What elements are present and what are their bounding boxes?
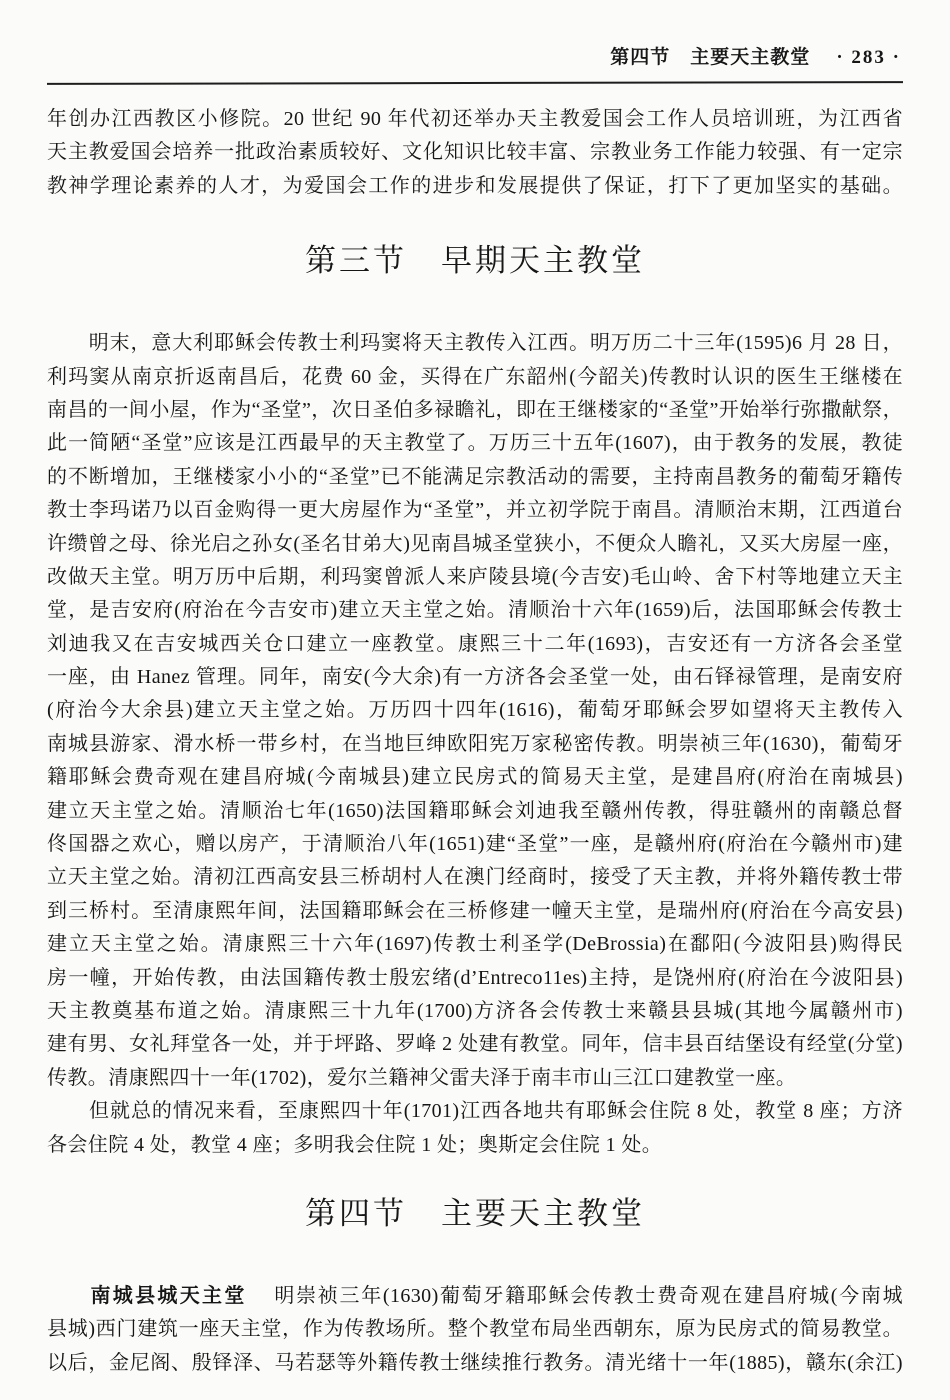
section4-heading: 第四节 主要天主教堂 <box>47 1192 903 1236</box>
text-line: 籍耶稣会费奇观在建昌府城(今南城县)建立民房式的简易天主堂，是建昌府(府治在南城… <box>47 761 903 794</box>
running-header: 第四节 主要天主教堂· 283 · <box>47 42 903 69</box>
text-line: 建有男、女礼拜堂各一处，并于坪路、罗峰 2 处建有教堂。同年，信丰县百结堡设有经… <box>47 1028 903 1061</box>
text-line: 建立天主堂之始。清康熙三十六年(1697)传教士利圣学(DeBrossia)在鄱… <box>47 928 903 961</box>
text-line: 明末，意大利耶稣会传教士利玛窦将天主教传入江西。明万历二十三年(1595)6 月… <box>47 327 903 360</box>
text-line: 佟国器之欢心，赠以房产，于清顺治八年(1651)建“圣堂”一座，是赣州府(府治在… <box>47 828 903 861</box>
text-line: 县城)西门建筑一座天主堂，作为传教场所。整个教堂布局坐西朝东，原为民房式的简易教… <box>47 1313 903 1346</box>
section4-entry-paragraph: 南城县城天主堂 明崇祯三年(1630)葡萄牙籍耶稣会传教士费奇观在建昌府城(今南… <box>47 1280 903 1380</box>
text-line: (府治今大余县)建立天主堂之始。万历四十四年(1616)，葡萄牙耶稣会罗如望将天… <box>47 694 903 727</box>
text-line: 刘迪我又在吉安城西关仓口建立一座教堂。康熙三十二年(1693)，吉安还有一方济各… <box>47 628 903 661</box>
text-line: 南城县游家、滑水桥一带乡村，在当地巨绅欧阳宪万家秘密传教。明崇祯三年(1630)… <box>47 728 903 761</box>
running-header-title: 第四节 主要天主教堂 <box>610 47 810 68</box>
text-line: 立天主堂之始。清初江西高安县三桥胡村人在澳门经商时，接受了天主教，并将外籍传教士… <box>47 861 903 894</box>
text-line: 教士李玛诺乃以百金购得一更大房屋作为“圣堂”，并立初学院于南昌。清顺治末期，江西… <box>47 494 903 527</box>
section3-summary-paragraph: 但就总的情况来看，至康熙四十年(1701)江西各地共有耶稣会住院 8 处，教堂 … <box>47 1095 903 1162</box>
text-line: 各会住院 4 处，教堂 4 座；多明我会住院 1 处；奥斯定会住院 1 处。 <box>47 1129 903 1162</box>
text-line: 以后，金尼阁、殷铎泽、马若瑟等外籍传教士继续推行教务。清光绪十一年(1885)，… <box>47 1347 903 1380</box>
header-rule <box>47 81 903 85</box>
paragraph-continued: 年创办江西教区小修院。20 世纪 90 年代初还举办天主教爱国会工作人员培训班，… <box>47 103 903 203</box>
page-number: · 283 · <box>836 47 901 68</box>
entry-title: 南城县城天主堂 <box>90 1285 246 1307</box>
text-line: 年创办江西教区小修院。20 世纪 90 年代初还举办天主教爱国会工作人员培训班，… <box>47 103 903 136</box>
text-line: 但就总的情况来看，至康熙四十年(1701)江西各地共有耶稣会住院 8 处，教堂 … <box>47 1095 903 1128</box>
text-line: 南昌的一间小屋，作为“圣堂”，次日圣伯多禄瞻礼，即在王继楼家的“圣堂”开始举行弥… <box>47 394 903 427</box>
text-line: 房一幢，开始传教，由法国籍传教士殷宏绪(d’Entreco11es)主持，是饶州… <box>47 962 903 995</box>
text-line: 此一简陋“圣堂”应该是江西最早的天主教堂了。万历三十五年(1607)，由于教务的… <box>47 427 903 460</box>
text-line: 建立天主堂之始。清顺治七年(1650)法国籍耶稣会刘迪我至赣州传教，得驻赣州的南… <box>47 795 903 828</box>
text-line: 改做天主堂。明万历中后期，利玛窦曾派人来庐陵县境(今吉安)毛山岭、舍下村等地建立… <box>47 561 903 594</box>
text-line: 到三桥村。至清康熙年间，法国籍耶稣会在三桥修建一幢天主堂，是瑞州府(府治在今高安… <box>47 895 903 928</box>
text-line: 许缵曾之母、徐光启之孙女(圣名甘弟大)见南昌城圣堂狭小，不便众人瞻礼，又买大房屋… <box>47 528 903 561</box>
text-line: 堂，是吉安府(府治在今吉安市)建立天主堂之始。清顺治十六年(1659)后，法国耶… <box>47 594 903 627</box>
text-line: 教神学理论素养的人才，为爱国会工作的进步和发展提供了保证，打下了更加坚实的基础。 <box>47 170 903 203</box>
text-line: 传教。清康熙四十一年(1702)，爱尔兰籍神父雷夫泽于南丰市山三江口建教堂一座。 <box>47 1062 903 1095</box>
entry-line1-rest: 明崇祯三年(1630)葡萄牙籍耶稣会传教士费奇观在建昌府城(今南城 <box>253 1285 903 1307</box>
book-page: 第四节 主要天主教堂· 283 · 年创办江西教区小修院。20 世纪 90 年代… <box>0 0 950 1400</box>
text-line: 南城县城天主堂 明崇祯三年(1630)葡萄牙籍耶稣会传教士费奇观在建昌府城(今南… <box>47 1280 903 1313</box>
section3-body-paragraph: 明末，意大利耶稣会传教士利玛窦将天主教传入江西。明万历二十三年(1595)6 月… <box>47 327 903 1095</box>
text-line: 天主教奠基布道之始。清康熙三十九年(1700)方济各会传教士来赣县县城(其地今属… <box>47 995 903 1028</box>
text-line: 一座，由 Hanez 管理。同年，南安(今大余)有一方济各会圣堂一处，由石铎禄管… <box>47 661 903 694</box>
text-line: 的不断增加，王继楼家小小的“圣堂”已不能满足宗教活动的需要，主持南昌教务的葡萄牙… <box>47 461 903 494</box>
text-line: 利玛窦从南京折返南昌后，花费 60 金，买得在广东韶州(今韶关)传教时认识的医生… <box>47 361 903 394</box>
text-line: 天主教爱国会培养一批政治素质较好、文化知识比较丰富、宗教业务工作能力较强、有一定… <box>47 136 903 169</box>
section3-heading: 第三节 早期天主教堂 <box>47 239 903 283</box>
